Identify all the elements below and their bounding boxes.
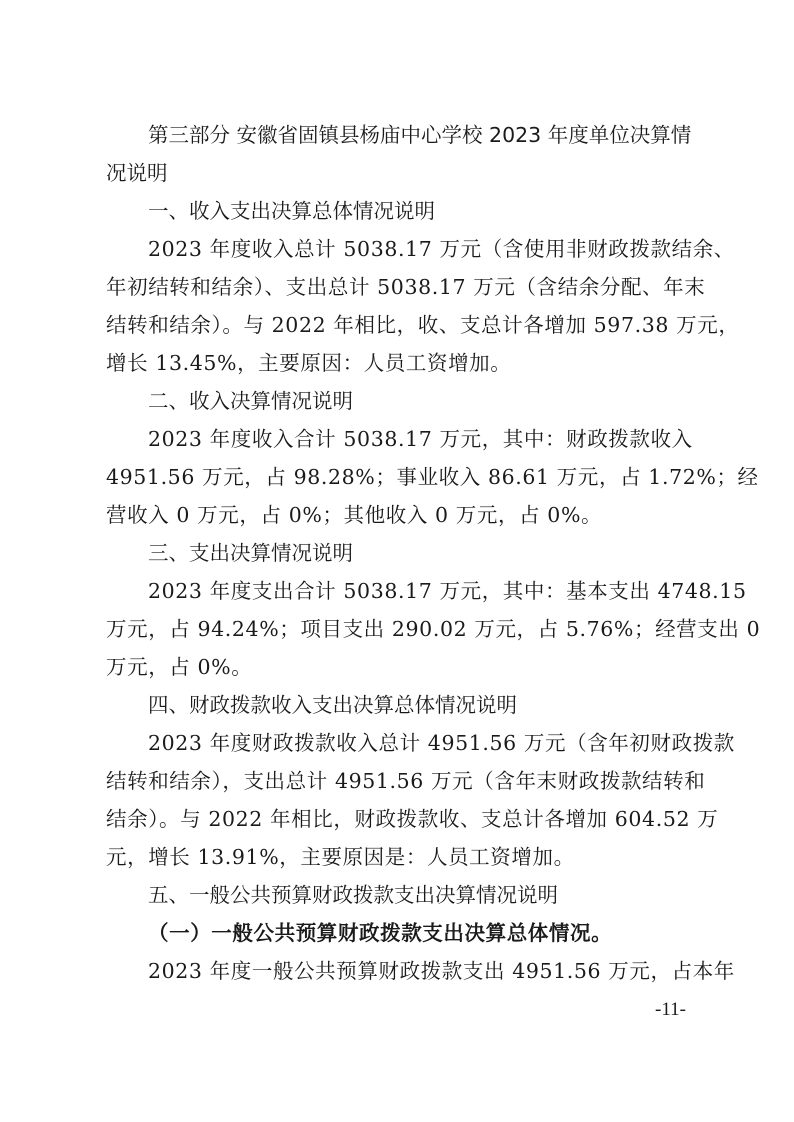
paragraph-line: 2023 年度财政拨款收入总计 4951.56 万元（含年初财政拨款 <box>148 729 692 757</box>
paragraph-line: 2023 年度收入总计 5038.17 万元（含使用非财政拨款结余、 <box>148 235 692 263</box>
paragraph-line: 结转和结余），支出总计 4951.56 万元（含年末财政拨款结转和 <box>106 767 692 795</box>
paragraph-line: 4951.56 万元，占 98.28%；事业收入 86.61 万元，占 1.72… <box>106 463 692 491</box>
paragraph-line: 营收入 0 万元，占 0%；其他收入 0 万元，占 0%。 <box>106 501 692 529</box>
paragraph-line: 万元，占 94.24%；项目支出 290.02 万元，占 5.76%；经营支出 … <box>106 615 692 643</box>
paragraph-line: 2023 年度收入合计 5038.17 万元，其中：财政拨款收入 <box>148 425 692 453</box>
page-number: -11- <box>655 999 686 1021</box>
paragraph-line: 增长 13.45%，主要原因：人员工资增加。 <box>106 349 692 377</box>
part-title: 第三部分 安徽省固镇县杨庙中心学校 2023 年度单位决算情 <box>148 121 692 149</box>
paragraph-line: 年初结转和结余）、支出总计 5038.17 万元（含结余分配、年末 <box>106 273 692 301</box>
section-heading-4: 四、财政拨款收入支出决算总体情况说明 <box>148 691 692 719</box>
section-heading-3: 三、支出决算情况说明 <box>148 539 692 567</box>
paragraph-line: 万元，占 0%。 <box>106 653 692 681</box>
section-heading-5: 五、一般公共预算财政拨款支出决算情况说明 <box>148 881 692 909</box>
paragraph-line: 结转和结余）。与 2022 年相比，收、支总计各增加 597.38 万元， <box>106 311 692 339</box>
paragraph-line: 2023 年度支出合计 5038.17 万元，其中：基本支出 4748.15 <box>148 577 692 605</box>
section-heading-2: 二、收入决算情况说明 <box>148 387 692 415</box>
subsection-heading: （一）一般公共预算财政拨款支出决算总体情况。 <box>148 919 692 947</box>
paragraph-line: 元，增长 13.91%，主要原因是：人员工资增加。 <box>106 843 692 871</box>
section-heading-1: 一、收入支出决算总体情况说明 <box>148 197 692 225</box>
part-title-continued: 况说明 <box>106 159 692 187</box>
paragraph-line: 2023 年度一般公共预算财政拨款支出 4951.56 万元，占本年 <box>148 957 692 985</box>
document-page: 第三部分 安徽省固镇县杨庙中心学校 2023 年度单位决算情 况说明 一、收入支… <box>0 0 794 1122</box>
paragraph-line: 结余）。与 2022 年相比，财政拨款收、支总计各增加 604.52 万 <box>106 805 692 833</box>
